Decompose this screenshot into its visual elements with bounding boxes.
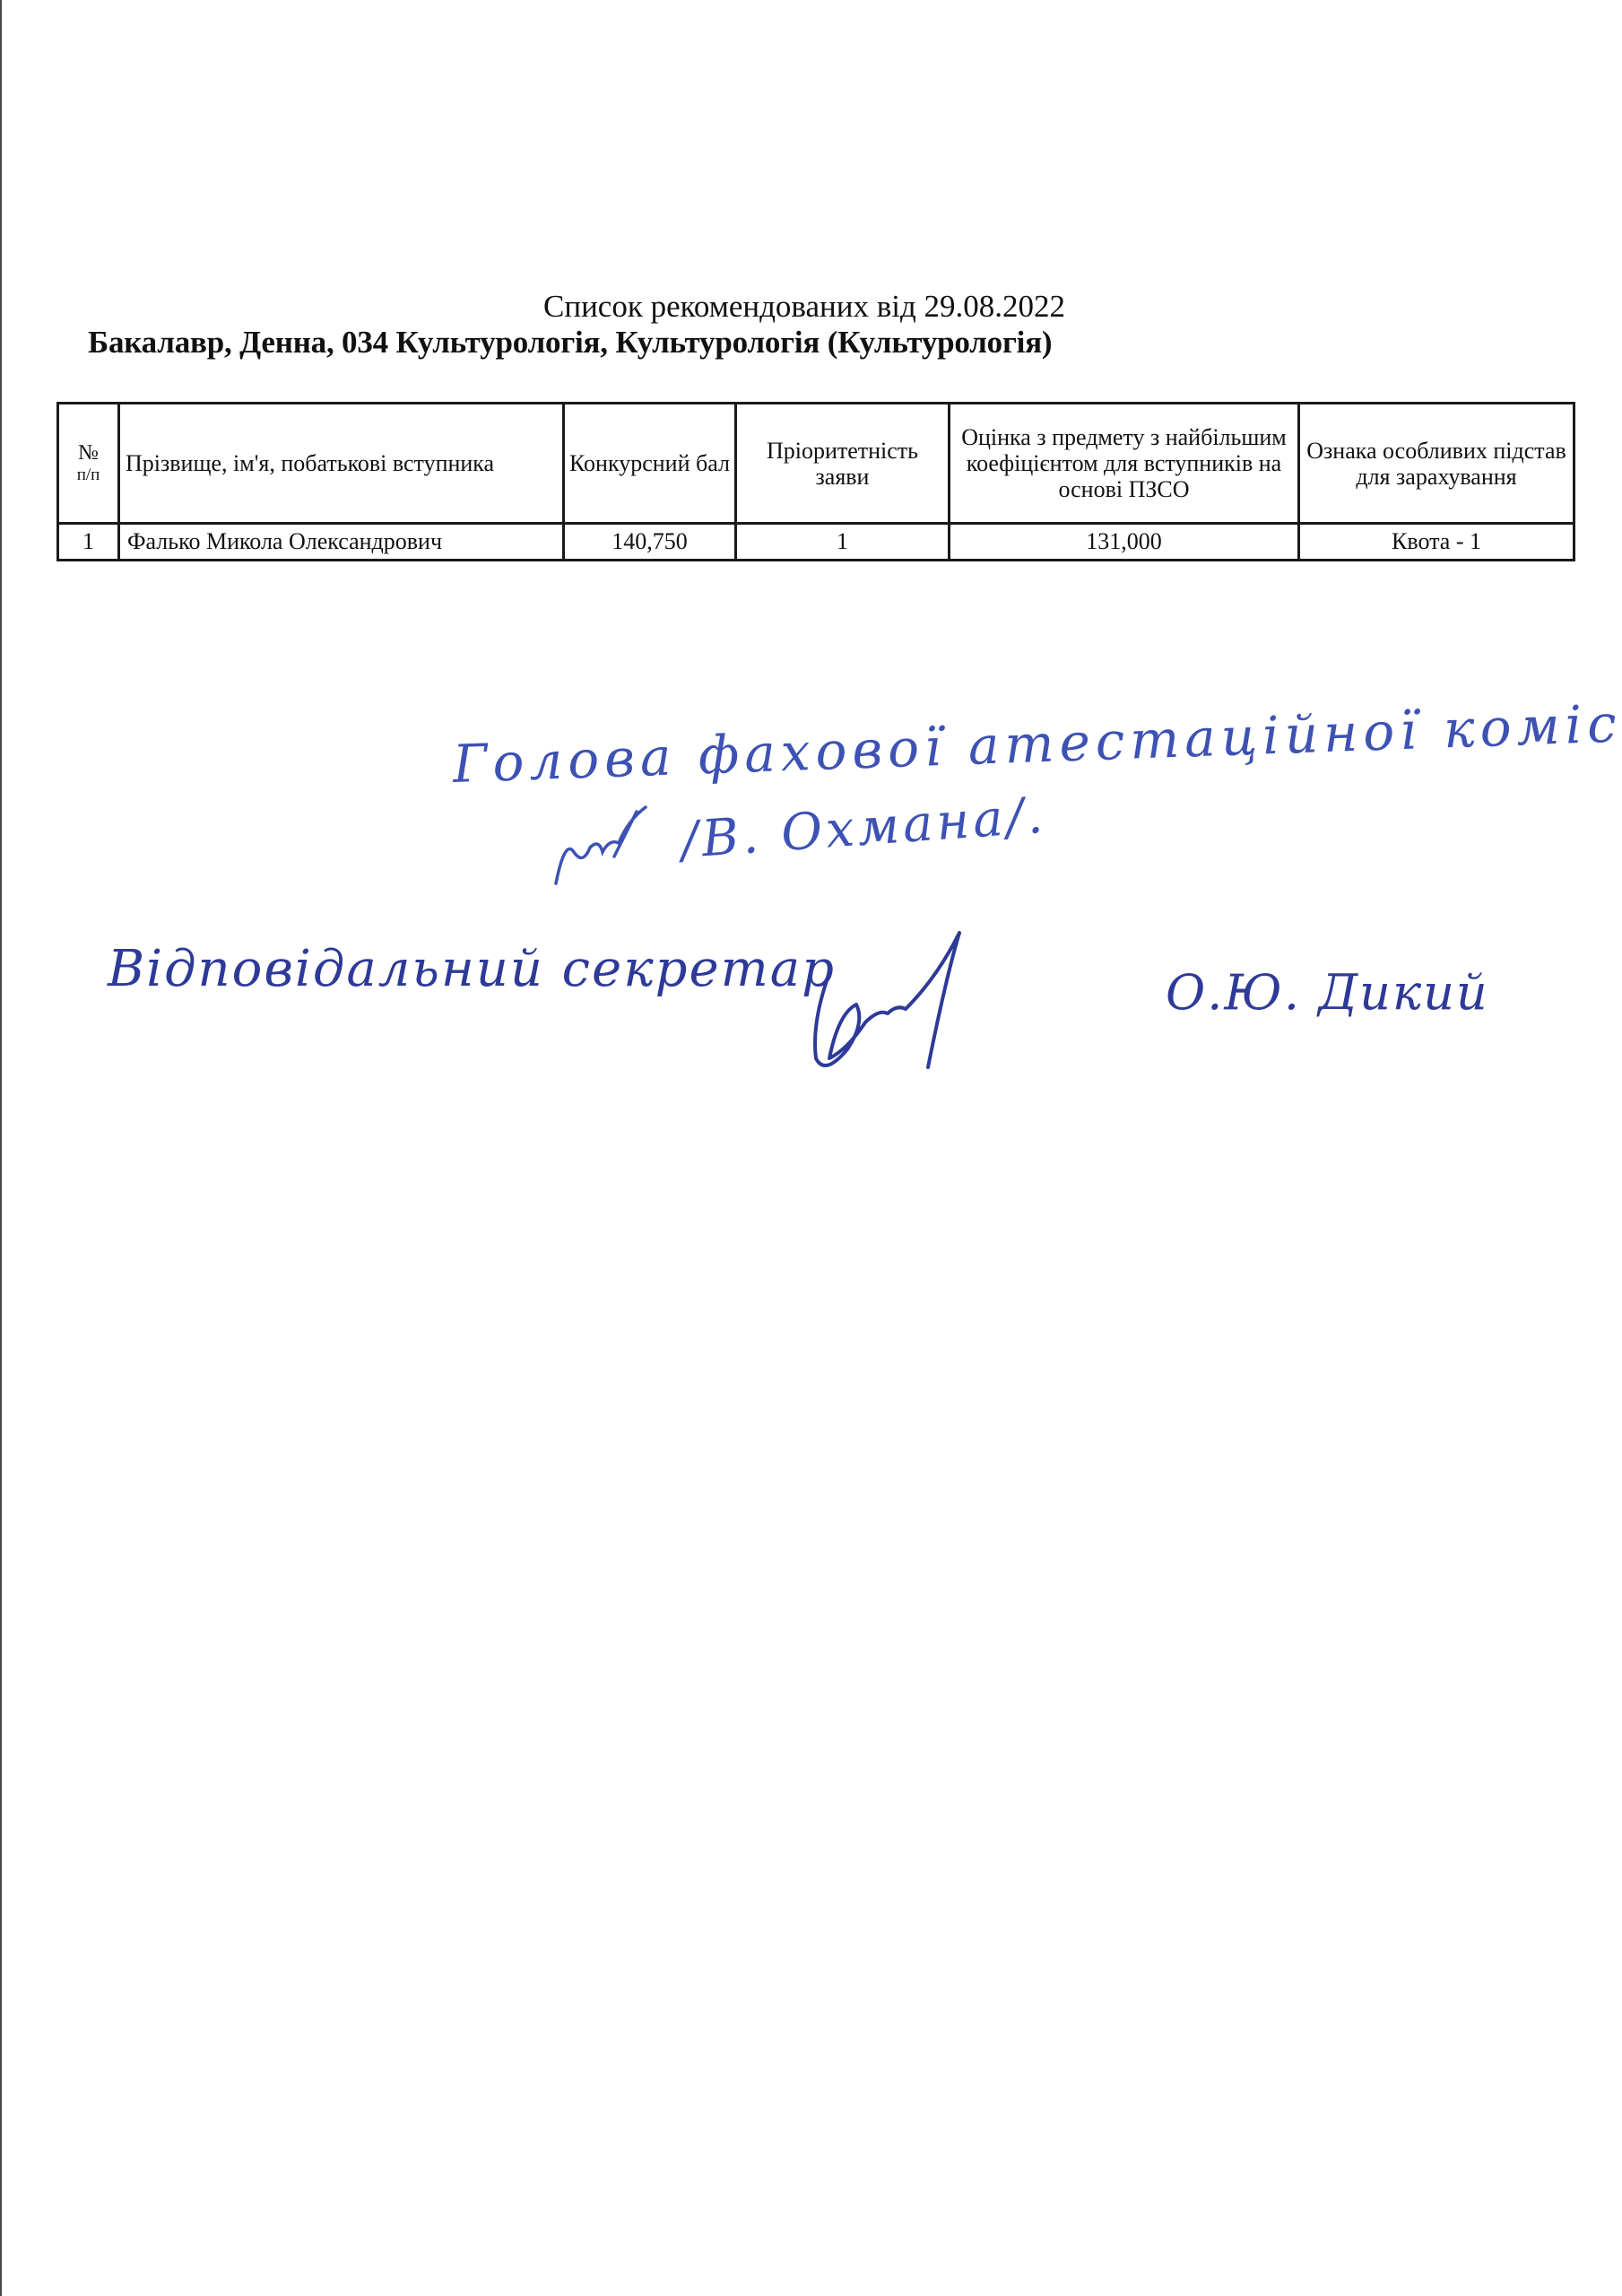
- recommended-list-table: № п/п Прізвище, ім'я, побатькові вступни…: [56, 402, 1575, 561]
- handwritten-secretary-name: О.Ю. Дикий: [1166, 964, 1489, 1021]
- handwritten-chair-name: /В. Охмана/.: [680, 787, 1048, 870]
- header-priority: Пріоритетність заяви: [736, 404, 950, 524]
- cell-subject-grade: 131,000: [950, 524, 1299, 561]
- cell-name: Фалько Микола Олександрович: [119, 524, 564, 561]
- handwritten-secretary-label: Відповідальний секретар: [108, 940, 836, 998]
- header-special-grounds: Ознака особливих підстав для зарахування: [1299, 404, 1574, 524]
- cell-priority: 1: [736, 524, 950, 561]
- header-number-sign: №: [63, 441, 114, 465]
- header-name: Прізвище, ім'я, побатькові вступника: [119, 404, 564, 524]
- cell-special-grounds: Квота - 1: [1299, 524, 1574, 561]
- header-subject-grade: Оцінка з предмету з найбільшим коефіцієн…: [950, 404, 1299, 524]
- document-title: Список рекомендованих від 29.08.2022: [0, 289, 1622, 325]
- handwritten-chair-title: Голова фахової атестаційної комісії: [452, 691, 1622, 795]
- header-number: № п/п: [58, 404, 119, 524]
- header-number-sub: п/п: [63, 465, 114, 486]
- chair-signature-icon: [547, 803, 664, 892]
- document-subtitle: Бакалавр, Денна, 034 Культурологія, Куль…: [0, 325, 1622, 361]
- table-row: 1 Фалько Микола Олександрович 140,750 1 …: [58, 524, 1574, 561]
- secretary-signature-icon: [802, 924, 1018, 1085]
- cell-number: 1: [58, 524, 119, 561]
- cell-score: 140,750: [564, 524, 736, 561]
- header-score: Конкурсний бал: [564, 404, 736, 524]
- table-header-row: № п/п Прізвище, ім'я, побатькові вступни…: [58, 404, 1574, 524]
